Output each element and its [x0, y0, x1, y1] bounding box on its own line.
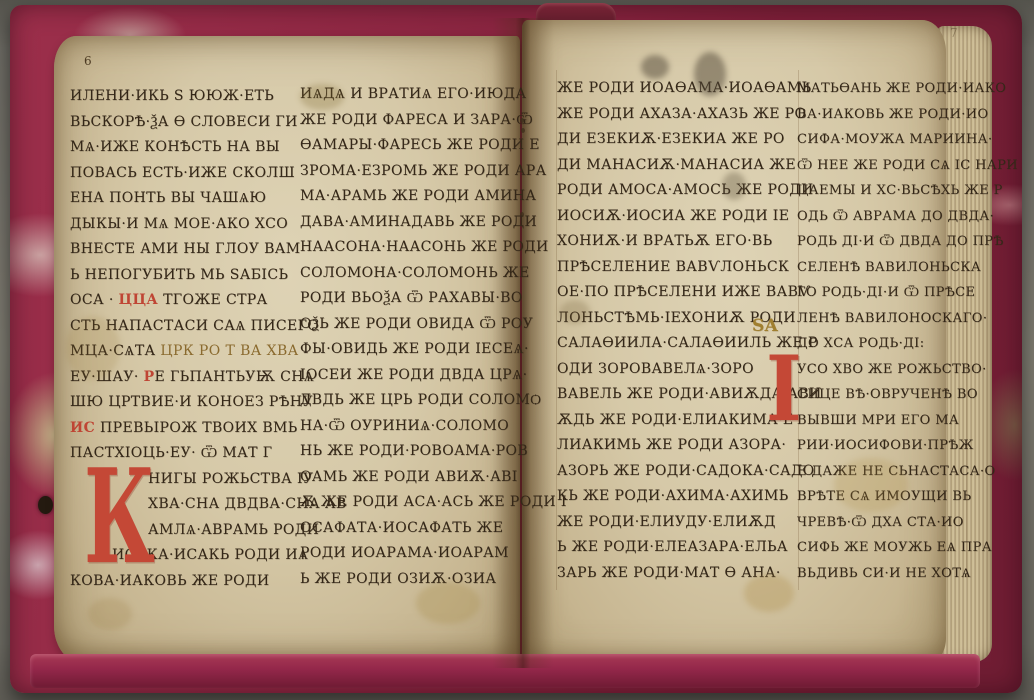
text-line: КЬ ЖЕ РОДИ·АХИМА·АХИМЬ — [557, 484, 797, 510]
text-line: ДО ХСА РОДЬ·ДІ: — [797, 331, 969, 357]
text-line: РИИ·ИОСИФОВИ·ПРѢЖ — [797, 433, 969, 459]
text-line: Ь ЖЕ РОДИ ОЗИѪ·ОЗИА — [300, 567, 522, 593]
text-line: ІОСЕИ ЖЕ РОДИ ДВДА ЦРѦ· — [300, 363, 522, 389]
text-line: ДИ ЕЗЕКИѪ·ЕЗЕКИА ЖЕ РО — [557, 127, 797, 153]
folio-number-right: 7 — [950, 26, 958, 40]
text-line: ѪДЬ ЖЕ РОДИ·ЕЛИАКИМА·Е — [557, 408, 797, 434]
text-line: ОЕ·ПО ПРѢСЕЛЕНИ ИЖЕ ВАВѴ — [557, 280, 797, 306]
folio-number-left: 6 — [84, 54, 92, 68]
text-line: ЖЕ РОДИ АХАЗА·АХАЗЬ ЖЕ РО — [557, 102, 797, 128]
text-line: ОСА · ЦЦА ТГОЖЕ СТРА — [70, 288, 302, 314]
text-line: ХОНИѪ·И ВРАТЬѪ ЕГО·ВЬ — [557, 229, 797, 255]
text-line: ИС ПРЕВЬІРОЖ ТВОИХ ВМЬ — [70, 416, 302, 442]
cover-wear-hole — [38, 496, 53, 514]
text-line: ЧРЕВѢ·Ѿ ДХА СТА·ИО — [797, 510, 969, 536]
text-line: ЖЕ РОДИ ИОАѲАМА·ИОАѲАМЬ — [557, 76, 797, 102]
text-line: ДИ МАНАСИѪ·МАНАСИА ЖЕ — [557, 153, 797, 179]
text-line: ИОСИѪ·ИОСИА ЖЕ РОДИ ІЕ — [557, 204, 797, 230]
text-line: СЕЛЕНѢ ВАВИЛОНЬСКА — [797, 255, 969, 281]
text-line: НА·Ѿ ОУРИНИѦ·СОЛОМО — [300, 414, 522, 440]
text-line: ДАВА·АМИНАДАВЬ ЖЕ РОДИ — [300, 210, 522, 236]
text-line: ФЫ·ОВИДЬ ЖЕ РОДИ ІЕСЕѦ· — [300, 337, 522, 363]
text-line: ИѦДѦ И ВРАТИѦ ЕГО·ИЮДА — [300, 82, 522, 108]
decorated-initial-I: І — [766, 344, 802, 434]
text-line: ВЬСКОРѢ·ѮА Ѳ СЛОВЕСИ ГИ — [70, 110, 302, 136]
text-line: ОѮЬ ЖЕ РОДИ ОВИДА Ѿ РОУ — [300, 312, 522, 338]
text-line: ШЮ ЦРТВИЕ·И КОНОЕЗ РѢНУ — [70, 390, 302, 416]
text-line: ПРѢСЕЛЕНИЕ ВАВѴЛОНЬСК — [557, 255, 797, 281]
text-line: ОДИ ЗОРОВАВЕЛѦ·ЗОРО — [557, 357, 797, 383]
text-line: ЦАЕМЫ И ХС·ВЬСѢХЬ ЖЕ Р — [797, 178, 969, 204]
text-line: Ѿ НЕЕ ЖЕ РОДИ СѦ ІС НАРИ — [797, 153, 969, 179]
text-line: ОАМЬ ЖЕ РОДИ АВИѪ·АВІ — [300, 465, 522, 491]
text-line: УСО ХВО ЖЕ РОЖЬСТВО· — [797, 357, 969, 383]
text-line: МА·АРАМЬ ЖЕ РОДИ АМИНА — [300, 184, 522, 210]
text-line: СИФА·МОУЖА МАРИИНА· — [797, 127, 969, 153]
text-line: РОДИ АМОСА·АМОСЬ ЖЕ РОДИ — [557, 178, 797, 204]
text-line: СТЬ НАПАСТАСИ САѦ ПИСЕГО — [70, 314, 302, 340]
text-line: ЖЕ РОДИ·ЕЛИУДУ·ЕЛИѪД — [557, 510, 797, 536]
text-line: РОДИ ВЬОѮА Ѿ РАХАВЫ·ВО — [300, 286, 522, 312]
text-line: ОСАФАТА·ИОСАФАТЬ ЖЕ — [300, 516, 522, 542]
text-line: Е ДАЖЕ НЕ СЬНАСТАСА·О — [797, 459, 969, 485]
text-line: СИФЬ ЖЕ МОУЖЬ ЕѦ ПРА — [797, 535, 969, 561]
text-line: НААСОНА·НААСОНЬ ЖЕ РОДИ — [300, 235, 522, 261]
text-line: РОДЬ ДІ·И Ѿ ДВДА ДО ПРѢ — [797, 229, 969, 255]
text-line: ѲАМАРЫ·ФАРЕСЬ ЖЕ РОДИ Е — [300, 133, 522, 159]
decorated-initial-K: К — [84, 452, 155, 582]
left-page-column-2: ИѦДѦ И ВРАТИѦ ЕГО·ИЮДАЖЕ РОДИ ФАРЕСА И З… — [300, 82, 522, 592]
text-line: ВРѢТЕ СѦ ИМОУЩИ ВЬ — [797, 484, 969, 510]
text-line: ЛИАКИМЬ ЖЕ РОДИ АЗОРА· — [557, 433, 797, 459]
text-line: МѦ·ИЖЕ КОНѢСТЬ НА ВЫ — [70, 135, 302, 161]
text-line: ОДЬ Ѿ АВРАМА ДО ДВДА· — [797, 204, 969, 230]
text-line: Ѫ ЖЕ РОДИ АСА·АСЬ ЖЕ РОДИ І — [300, 490, 522, 516]
text-line: СИЦЕ ВѢ·ОВРУЧЕНѢ ВО — [797, 382, 969, 408]
text-line: Ь ЖЕ РОДИ·ЕЛЕАЗАРА·ЕЛЬА — [557, 535, 797, 561]
text-line: ЗАРЬ ЖЕ РОДИ·МАТ Ѳ АНА· — [557, 561, 797, 587]
text-line: АЗОРЬ ЖЕ РОДИ·САДОКА·САДО — [557, 459, 797, 485]
text-line: ИЛЕНИ·ИКЬ Ѕ ЮЮЖ·ЕТЬ — [70, 84, 302, 110]
text-line: МАТЬѲАНЬ ЖЕ РОДИ·ИАКО — [797, 76, 969, 102]
text-line: ЗРОМА·ЕЗРОМЬ ЖЕ РОДИ АРА — [300, 159, 522, 185]
text-line: ЛЕНѢ ВАВИЛОНОСКАГО· — [797, 306, 969, 332]
chapter-margin-mark: ЅА — [752, 316, 778, 336]
manuscript-photo: 6 7 ИЛЕНИ·ИКЬ Ѕ ЮЮЖ·ЕТЬВЬСКОРѢ·ѮА Ѳ СЛОВ… — [0, 0, 1034, 700]
text-line: ВЫВШИ МРИ ЕГО МА — [797, 408, 969, 434]
text-line: СОЛОМОНА·СОЛОМОНЬ ЖЕ — [300, 261, 522, 287]
text-line: Ь НЕПОГУБИТЬ МЬ ЅАБІСЬ — [70, 263, 302, 289]
right-page-column-2: МАТЬѲАНЬ ЖЕ РОДИ·ИАКОВА·ИАКОВЬ ЖЕ РОДИ·И… — [797, 76, 969, 586]
text-line: ДВДЬ ЖЕ ЦРЬ РОДИ СОЛОМѺ — [300, 388, 522, 414]
text-line: ВНЕСТЕ АМИ НЫ ГЛОУ ВАМ — [70, 237, 302, 263]
text-line: ЖЕ РОДИ ФАРЕСА И ЗАРА·Ѿ — [300, 108, 522, 134]
text-line: ЕУ·ШАУ· РЕ ГЬПАНТЬУѬ СНѦ — [70, 365, 302, 391]
text-line: ДЫКЫ·И МѦ МОЕ·АКО ХСО — [70, 212, 302, 238]
text-line: НЬ ЖЕ РОДИ·РОВОАМА·РОВ — [300, 439, 522, 465]
text-line: ВАВЕЛЬ ЖЕ РОДИ·АВИѪДА·АВИ — [557, 382, 797, 408]
text-line: ГО РОДЬ·ДІ·И Ѿ ПРѢСЕ — [797, 280, 969, 306]
text-line: ВЬДИВЬ СИ·И НЕ ХОТѦ — [797, 561, 969, 587]
text-line: ПОВАСЬ ЕСТЬ·ИЖЕ СКОЛШ — [70, 161, 302, 187]
text-line: РОДИ ИОАРАМА·ИОАРАМ — [300, 541, 522, 567]
text-line: МЦА·СѦТА ЦРК РО Т ВА ХВА — [70, 339, 302, 365]
text-line: ЕНА ПОНТЬ ВЫ ЧАШѦЮ — [70, 186, 302, 212]
cover-bottom-edge — [30, 654, 980, 688]
text-line: ВА·ИАКОВЬ ЖЕ РОДИ·ИО — [797, 102, 969, 128]
